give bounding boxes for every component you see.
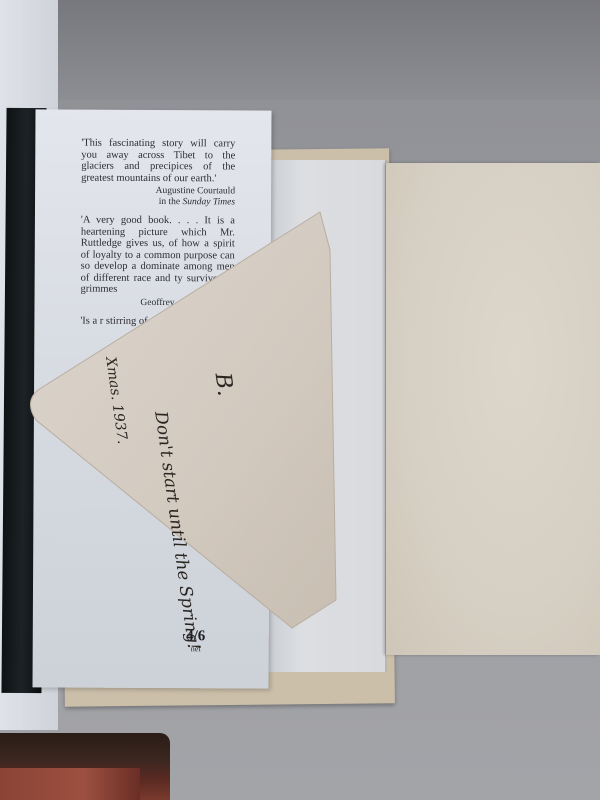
background-shadow bbox=[0, 0, 600, 100]
review-quote-1: 'This fascinating story will carry you a… bbox=[81, 138, 235, 185]
picture-frame-inner bbox=[0, 768, 140, 800]
left-endpaper bbox=[265, 160, 387, 672]
review-quote-2: 'A very good book. . . . It is a hearten… bbox=[81, 215, 235, 296]
review-quote-3: 'Is a r stirring of bbox=[80, 316, 234, 328]
note-initial: B. bbox=[210, 371, 238, 397]
right-page bbox=[386, 163, 600, 655]
flap-reviews: 'This fascinating story will carry you a… bbox=[80, 138, 235, 334]
review-attribution-2: Geoffrey bbox=[80, 297, 234, 308]
review-attribution-1: Augustine Courtauld in the Sunday Times bbox=[81, 186, 235, 208]
dust-jacket-flap: 'This fascinating story will carry you a… bbox=[32, 109, 271, 688]
